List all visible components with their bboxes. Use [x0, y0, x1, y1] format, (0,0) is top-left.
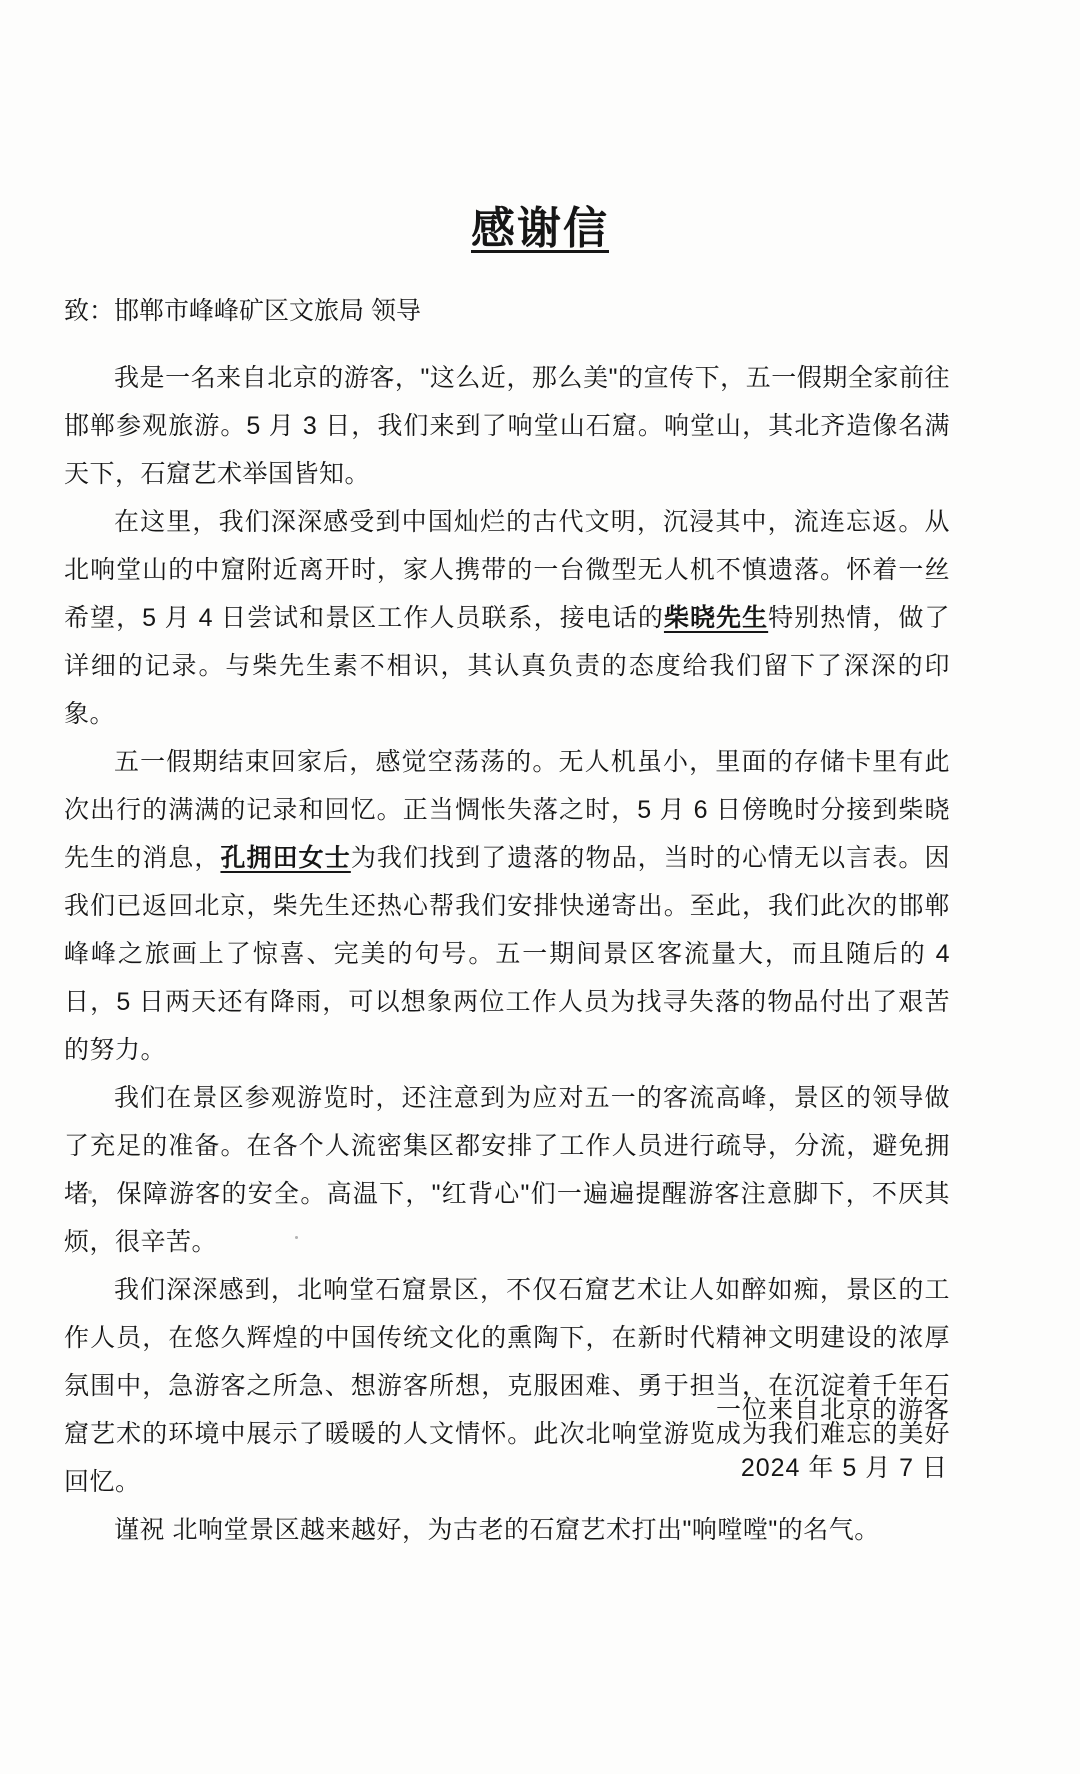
- signature-line: 一位来自北京的游客: [716, 1390, 950, 1426]
- scan-speck: [150, 413, 153, 416]
- paragraph-1: 我是一名来自北京的游客，"这么近，那么美"的宣传下，五一假期全家前往邯郸参观旅游…: [64, 354, 950, 498]
- letter-title-text: 感谢信: [471, 204, 609, 253]
- paragraph-4: 我们在景区参观游览时，还注意到为应对五一的客流高峰，景区的领导做了充足的准备。在…: [64, 1074, 950, 1266]
- letter-title: 感谢信: [0, 0, 1080, 256]
- date-line: 2024 年 5 月 7 日: [741, 1448, 948, 1484]
- letter-body: 我是一名来自北京的游客，"这么近，那么美"的宣传下，五一假期全家前往邯郸参观旅游…: [64, 354, 950, 1554]
- scan-speck: [295, 1236, 298, 1239]
- paragraph-3: 五一假期结束回家后，感觉空荡荡的。无人机虽小，里面的存储卡里有此次出行的满满的记…: [64, 738, 950, 1074]
- paragraph-6: 谨祝 北响堂景区越来越好，为古老的石窟艺术打出"响嘡嘡"的名气。: [64, 1506, 950, 1554]
- staff-name-chaixiao: 柴晓先生: [664, 604, 768, 632]
- paragraph-3-text-cont: 为我们找到了遗落的物品，当时的心情无以言表。因我们已返回北京，柴先生还热心帮我们…: [64, 844, 950, 1064]
- staff-name-kongyongtian: 孔拥田女士: [220, 844, 350, 872]
- scan-speck: [88, 1190, 92, 1194]
- letter-page: 感谢信 致：邯郸市峰峰矿区文旅局 领导 我是一名来自北京的游客，"这么近，那么美…: [0, 0, 1080, 1774]
- salutation-line: 致：邯郸市峰峰矿区文旅局 领导: [64, 294, 950, 328]
- paragraph-2: 在这里，我们深深感受到中国灿烂的古代文明，沉浸其中，流连忘返。从北响堂山的中窟附…: [64, 498, 950, 738]
